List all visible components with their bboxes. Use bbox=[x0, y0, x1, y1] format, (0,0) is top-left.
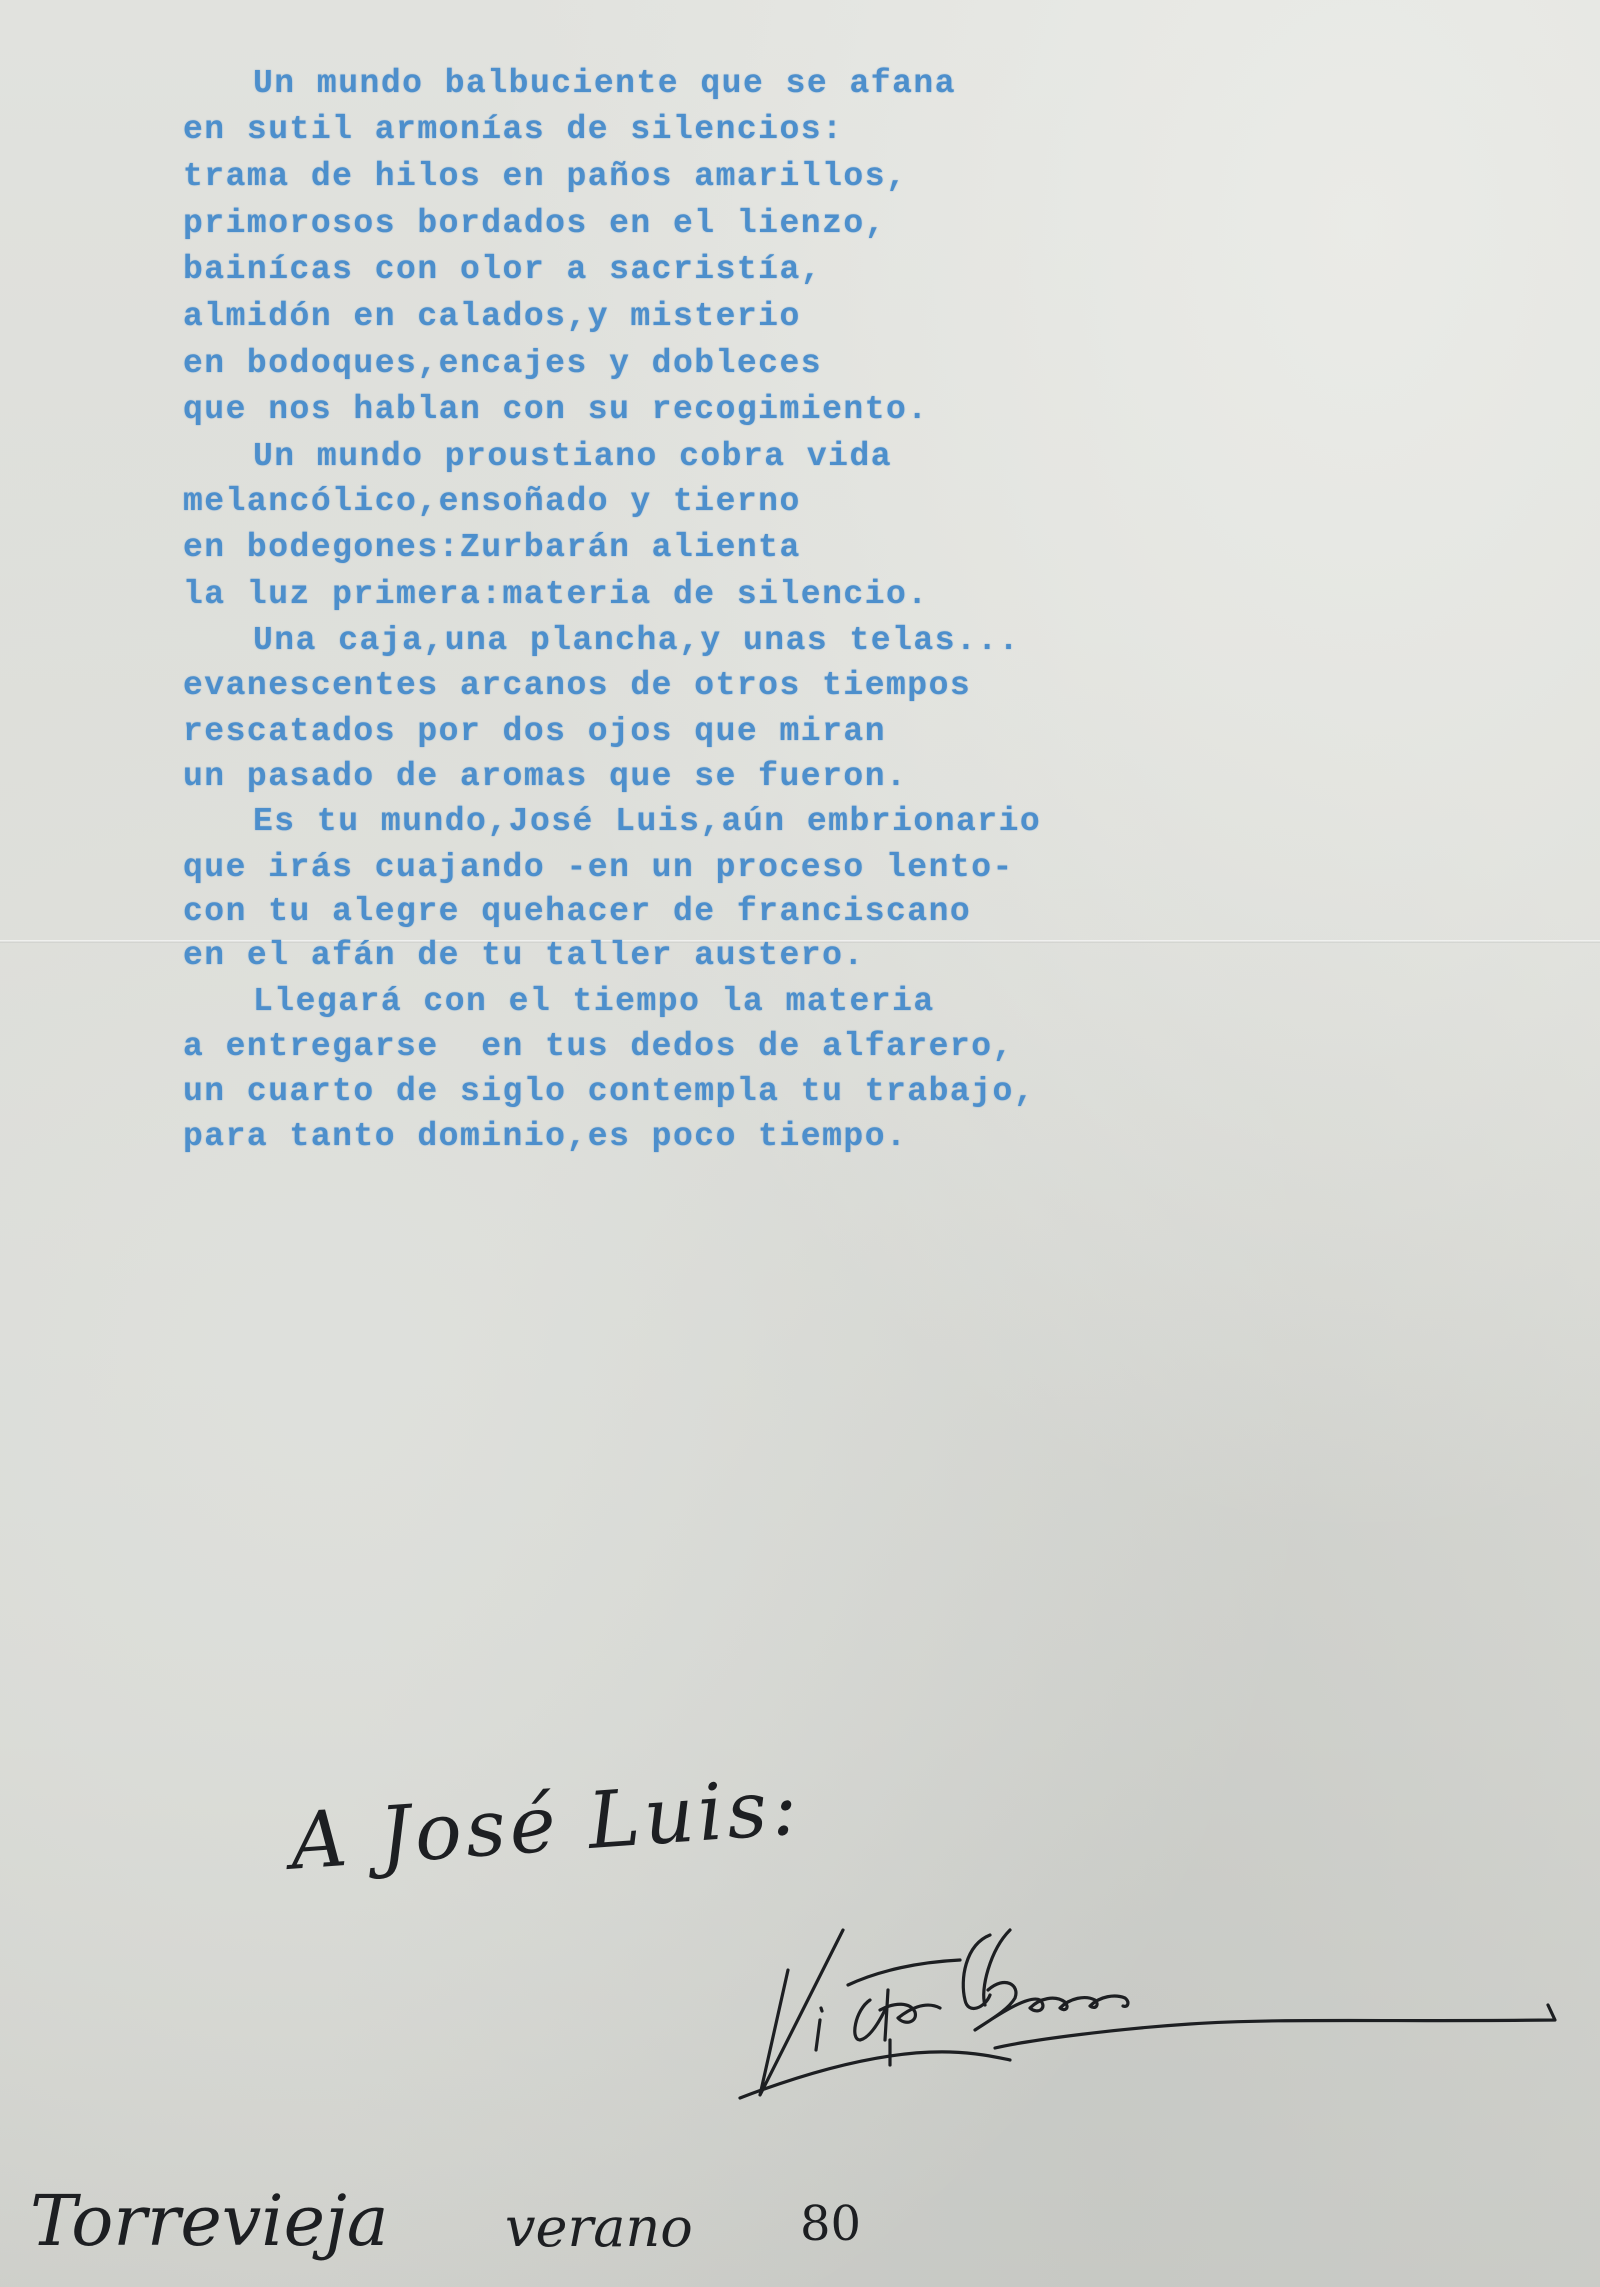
poem-line: Una caja,una plancha,y unas telas... bbox=[253, 619, 1020, 663]
poem-line: en el afán de tu taller austero. bbox=[183, 934, 865, 978]
poem-line: en bodegones:Zurbarán alienta bbox=[183, 526, 801, 570]
handwritten-place: Torrevieja bbox=[30, 2180, 389, 2262]
poem-line: que nos hablan con su recogimiento. bbox=[183, 388, 929, 432]
poem-line: en sutil armonías de silencios: bbox=[183, 108, 843, 152]
poem-line: Un mundo proustiano cobra vida bbox=[253, 435, 892, 479]
poem-line: melancólico,ensoñado y tierno bbox=[183, 480, 801, 524]
poem-line: un pasado de aromas que se fueron. bbox=[183, 755, 907, 799]
poem-line: almidón en calados,y misterio bbox=[183, 295, 801, 339]
poem-line: bainícas con olor a sacristía, bbox=[183, 248, 822, 292]
poem-line: que irás cuajando -en un proceso lento- bbox=[183, 846, 1014, 890]
signature: Victor Chamorro bbox=[720, 1890, 1560, 2110]
poem-line: en bodoques,encajes y dobleces bbox=[183, 342, 822, 386]
poem-line: trama de hilos en paños amarillos, bbox=[183, 155, 907, 199]
poem-line: la luz primera:materia de silencio. bbox=[183, 573, 929, 617]
poem-line: primorosos bordados en el lienzo, bbox=[183, 202, 886, 246]
poem-line: Llegará con el tiempo la materia bbox=[253, 980, 935, 1024]
handwritten-year: 80 bbox=[800, 2196, 861, 2252]
document-page: Un mundo balbuciente que se afana en sut… bbox=[0, 0, 1600, 2287]
poem-line: con tu alegre quehacer de franciscano bbox=[183, 890, 971, 934]
poem-line: para tanto dominio,es poco tiempo. bbox=[183, 1115, 907, 1159]
poem-line: rescatados por dos ojos que miran bbox=[183, 710, 886, 754]
poem-line: a entregarse en tus dedos de alfarero, bbox=[183, 1025, 1014, 1069]
poem-line: Un mundo balbuciente que se afana bbox=[253, 62, 956, 106]
handwritten-season: verano bbox=[505, 2196, 693, 2259]
poem-line: Es tu mundo,José Luis,aún embrionario bbox=[253, 800, 1041, 844]
handwritten-dedication: A José Luis: bbox=[287, 1762, 804, 1887]
poem-line: un cuarto de siglo contempla tu trabajo, bbox=[183, 1070, 1035, 1114]
poem-line: evanescentes arcanos de otros tiempos bbox=[183, 664, 971, 708]
